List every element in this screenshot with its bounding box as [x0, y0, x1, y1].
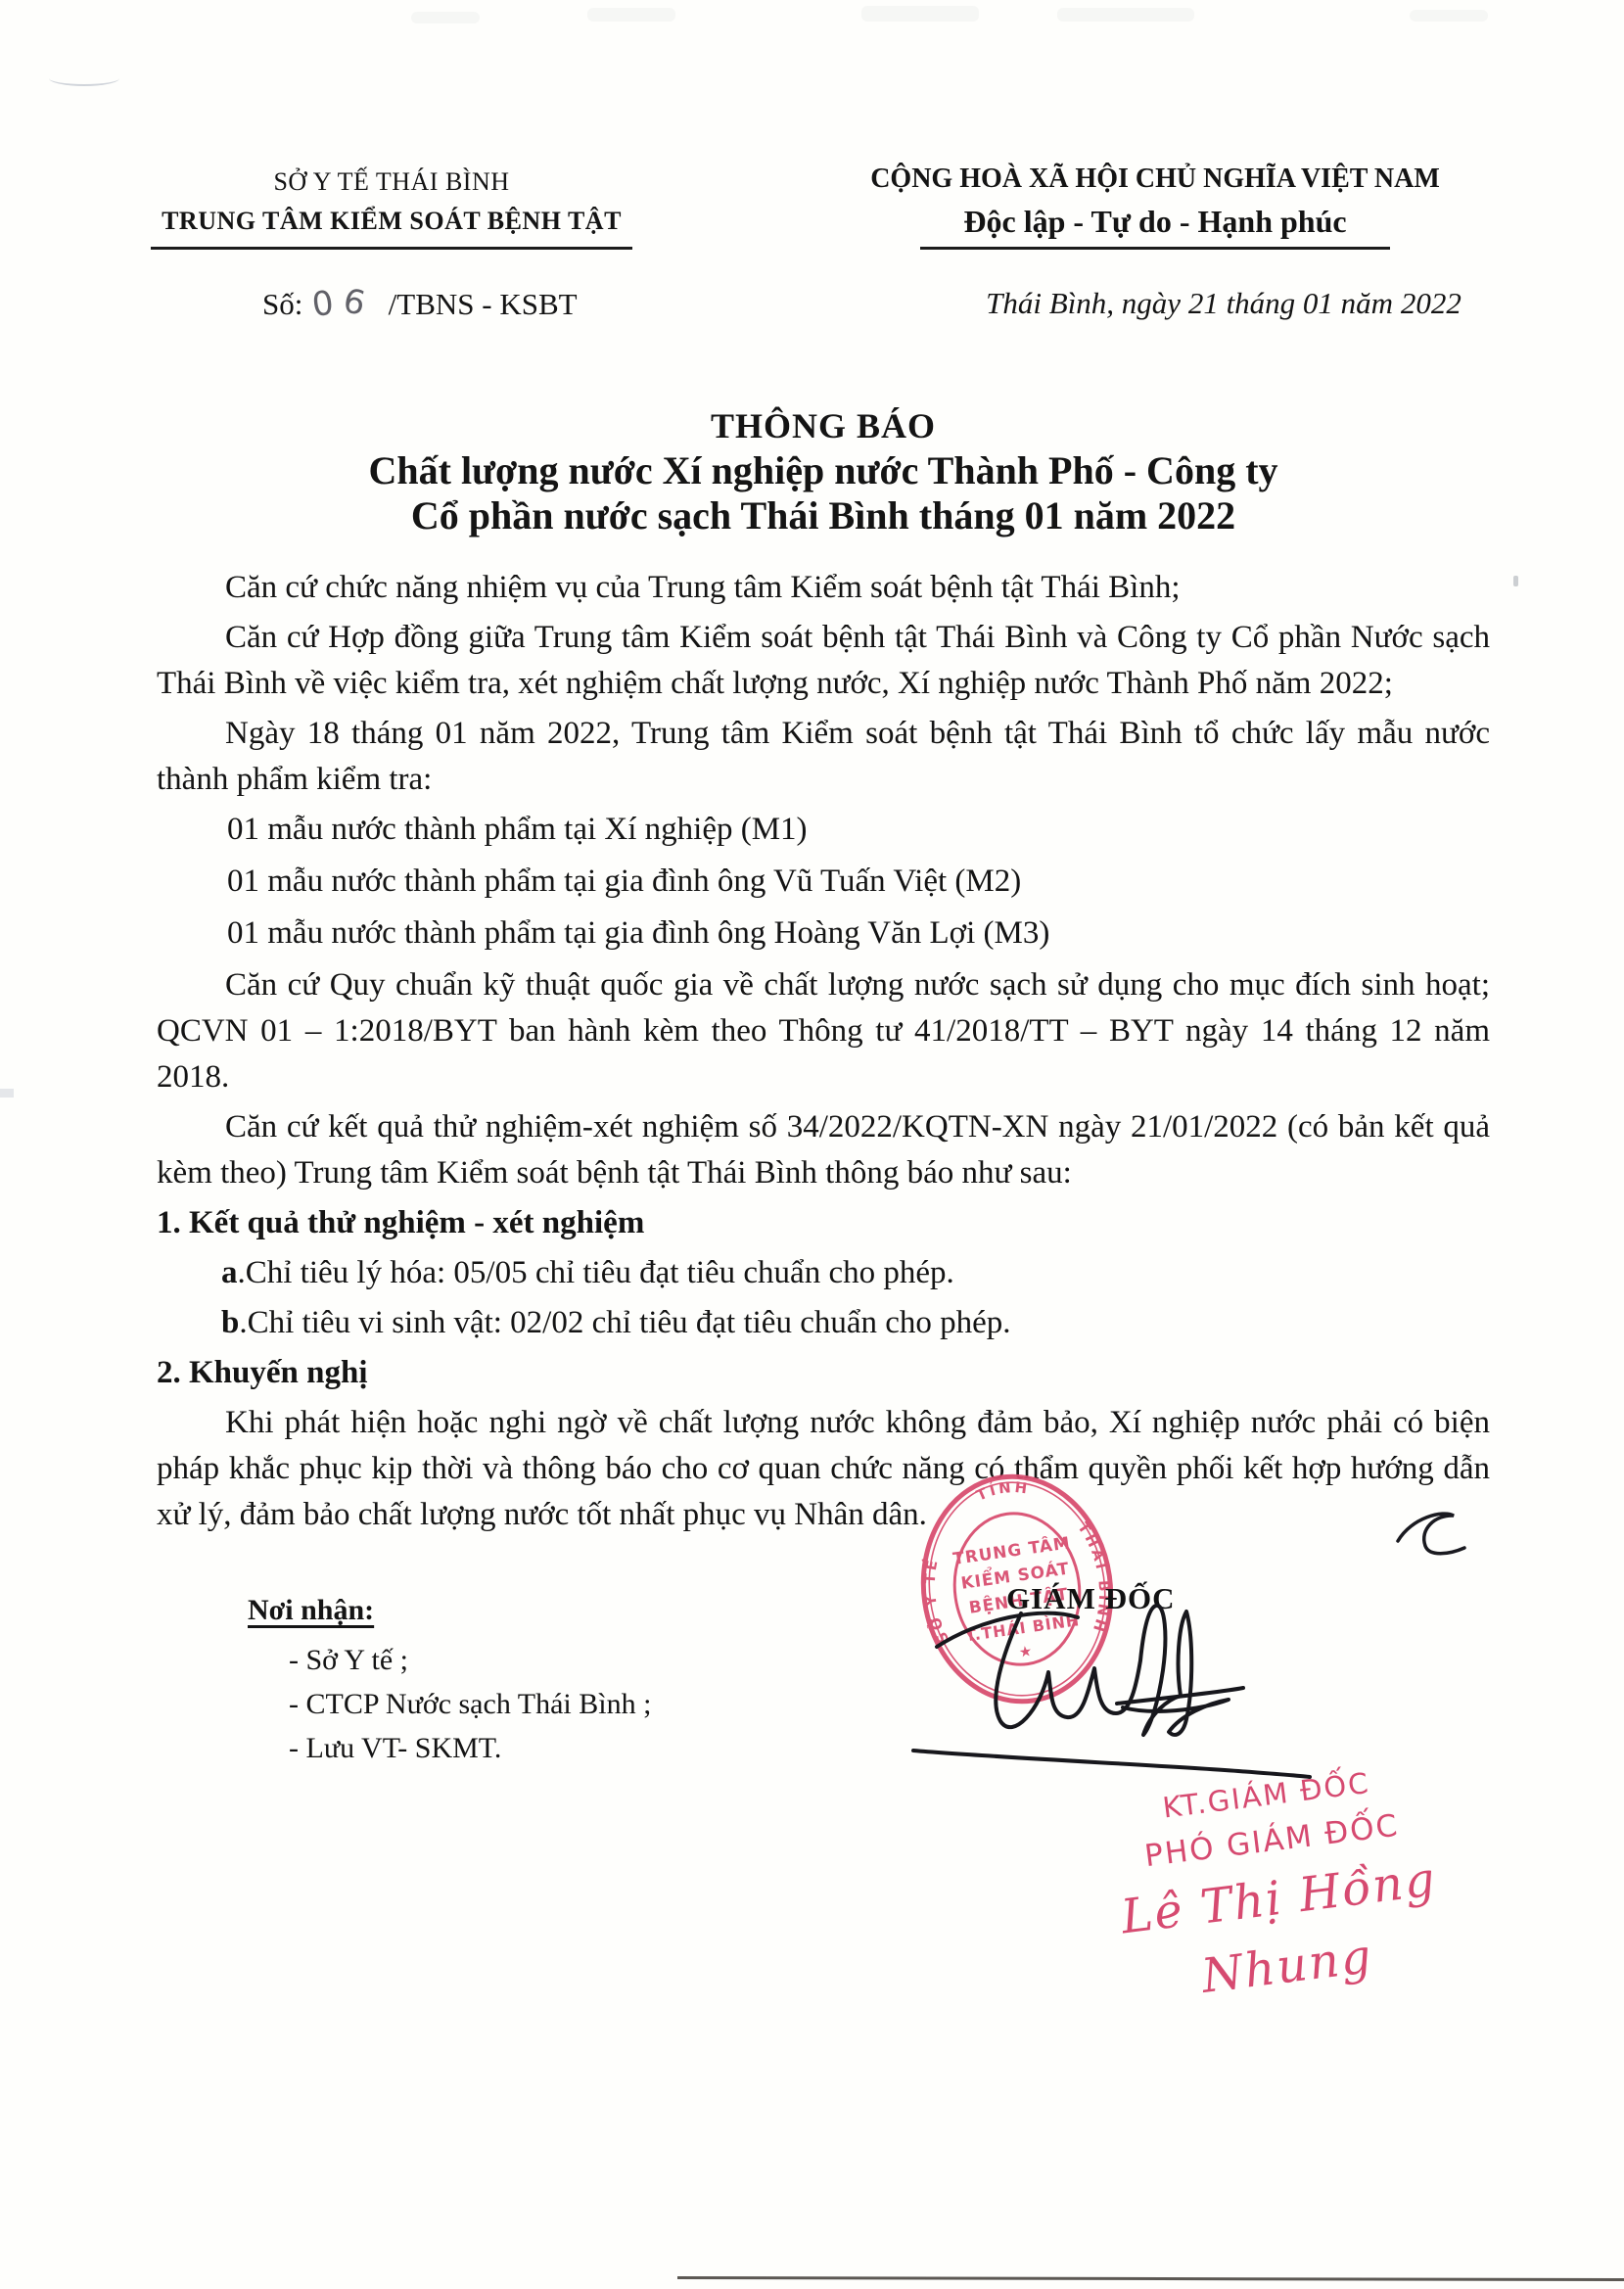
scan-smudge-top-left	[49, 70, 119, 86]
document-body: Căn cứ chức năng nhiệm vụ của Trung tâm …	[157, 565, 1490, 1542]
agency-name: TRUNG TÂM KIỂM SOÁT BỆNH TẬT	[117, 202, 666, 241]
section-1-heading: 1. Kết quả thử nghiệm - xét nghiệm	[157, 1200, 1490, 1246]
doc-number-label: Số:	[262, 287, 302, 321]
paragraph-basis-4: Căn cứ kết quả thử nghiệm-xét nghiệm số …	[157, 1104, 1490, 1196]
signature-scrawl	[905, 1594, 1317, 1790]
national-motto: Độc lập - Tự do - Hạnh phúc	[861, 200, 1449, 243]
document-subject-line-1: Chất lượng nước Xí nghiệp nước Thành Phố…	[157, 448, 1490, 493]
motto-underline	[920, 247, 1390, 250]
document-number-line: Số:06/TBNS - KSBT	[262, 284, 578, 323]
scan-smudge	[1057, 8, 1194, 22]
result-item-a: a.Chỉ tiêu lý hóa: 05/05 chỉ tiêu đạt ti…	[157, 1250, 1490, 1296]
scan-smudge	[587, 8, 675, 22]
parent-agency-name: SỞ Y TẾ THÁI BÌNH	[117, 163, 666, 202]
recipient-item-1: - Sở Y tế ;	[248, 1638, 651, 1682]
scan-smudge	[411, 12, 480, 23]
doc-number-handwritten: 06	[312, 284, 374, 323]
document-type-title: THÔNG BÁO	[157, 403, 1490, 448]
handwritten-check-mark	[1392, 1506, 1470, 1565]
scan-smudge	[861, 6, 979, 22]
sample-item-1: 01 mẫu nước thành phẩm tại Xí nghiệp (M1…	[157, 807, 1490, 853]
document-page: SỞ Y TẾ THÁI BÌNH TRUNG TÂM KIỂM SOÁT BỆ…	[0, 0, 1624, 2289]
paragraph-basis-2: Căn cứ Hợp đồng giữa Trung tâm Kiểm soát…	[157, 615, 1490, 707]
recipient-item-3: - Lưu VT- SKMT.	[248, 1726, 651, 1770]
document-title-block: THÔNG BÁO Chất lượng nước Xí nghiệp nước…	[157, 403, 1490, 538]
sample-item-2: 01 mẫu nước thành phẩm tại gia đình ông …	[157, 859, 1490, 905]
issuing-agency-block: SỞ Y TẾ THÁI BÌNH TRUNG TÂM KIỂM SOÁT BỆ…	[117, 163, 666, 250]
country-title: CỘNG HOÀ XÃ HỘI CHỦ NGHĨA VIỆT NAM	[861, 159, 1449, 200]
paragraph-basis-1: Căn cứ chức năng nhiệm vụ của Trung tâm …	[157, 565, 1490, 611]
recipient-item-2: - CTCP Nước sạch Thái Bình ;	[248, 1682, 651, 1726]
document-subject-line-2: Cổ phần nước sạch Thái Bình tháng 01 năm…	[157, 493, 1490, 538]
agency-underline	[151, 247, 632, 250]
paragraph-basis-3: Căn cứ Quy chuẩn kỹ thuật quốc gia về ch…	[157, 962, 1490, 1100]
scan-line-bottom-edge	[677, 2276, 1624, 2281]
sample-item-3: 01 mẫu nước thành phẩm tại gia đình ông …	[157, 911, 1490, 957]
recommendation-paragraph: Khi phát hiện hoặc nghi ngờ về chất lượn…	[157, 1400, 1490, 1538]
recipients-heading: Nơi nhận:	[248, 1588, 651, 1632]
scan-mark-left-edge	[0, 1089, 14, 1098]
place-date-line: Thái Bình, ngày 21 tháng 01 năm 2022	[940, 286, 1508, 321]
scan-smudge	[1410, 10, 1488, 22]
result-item-b-text: .Chỉ tiêu vi sinh vật: 02/02 chỉ tiêu đạ…	[239, 1305, 1010, 1340]
doc-number-suffix: /TBNS - KSBT	[389, 287, 578, 321]
recipients-block: Nơi nhận: - Sở Y tế ; - CTCP Nước sạch T…	[248, 1588, 651, 1770]
national-motto-block: CỘNG HOÀ XÃ HỘI CHỦ NGHĨA VIỆT NAM Độc l…	[861, 159, 1449, 250]
result-item-a-text: .Chỉ tiêu lý hóa: 05/05 chỉ tiêu đạt tiê…	[238, 1255, 954, 1290]
result-item-b-label: b	[221, 1305, 239, 1340]
section-2-heading: 2. Khuyến nghị	[157, 1350, 1490, 1396]
scan-mark-right-margin	[1513, 576, 1518, 586]
paragraph-sampling: Ngày 18 tháng 01 năm 2022, Trung tâm Kiể…	[157, 711, 1490, 803]
result-item-b: b.Chỉ tiêu vi sinh vật: 02/02 chỉ tiêu đ…	[157, 1300, 1490, 1346]
result-item-a-label: a	[221, 1255, 238, 1290]
